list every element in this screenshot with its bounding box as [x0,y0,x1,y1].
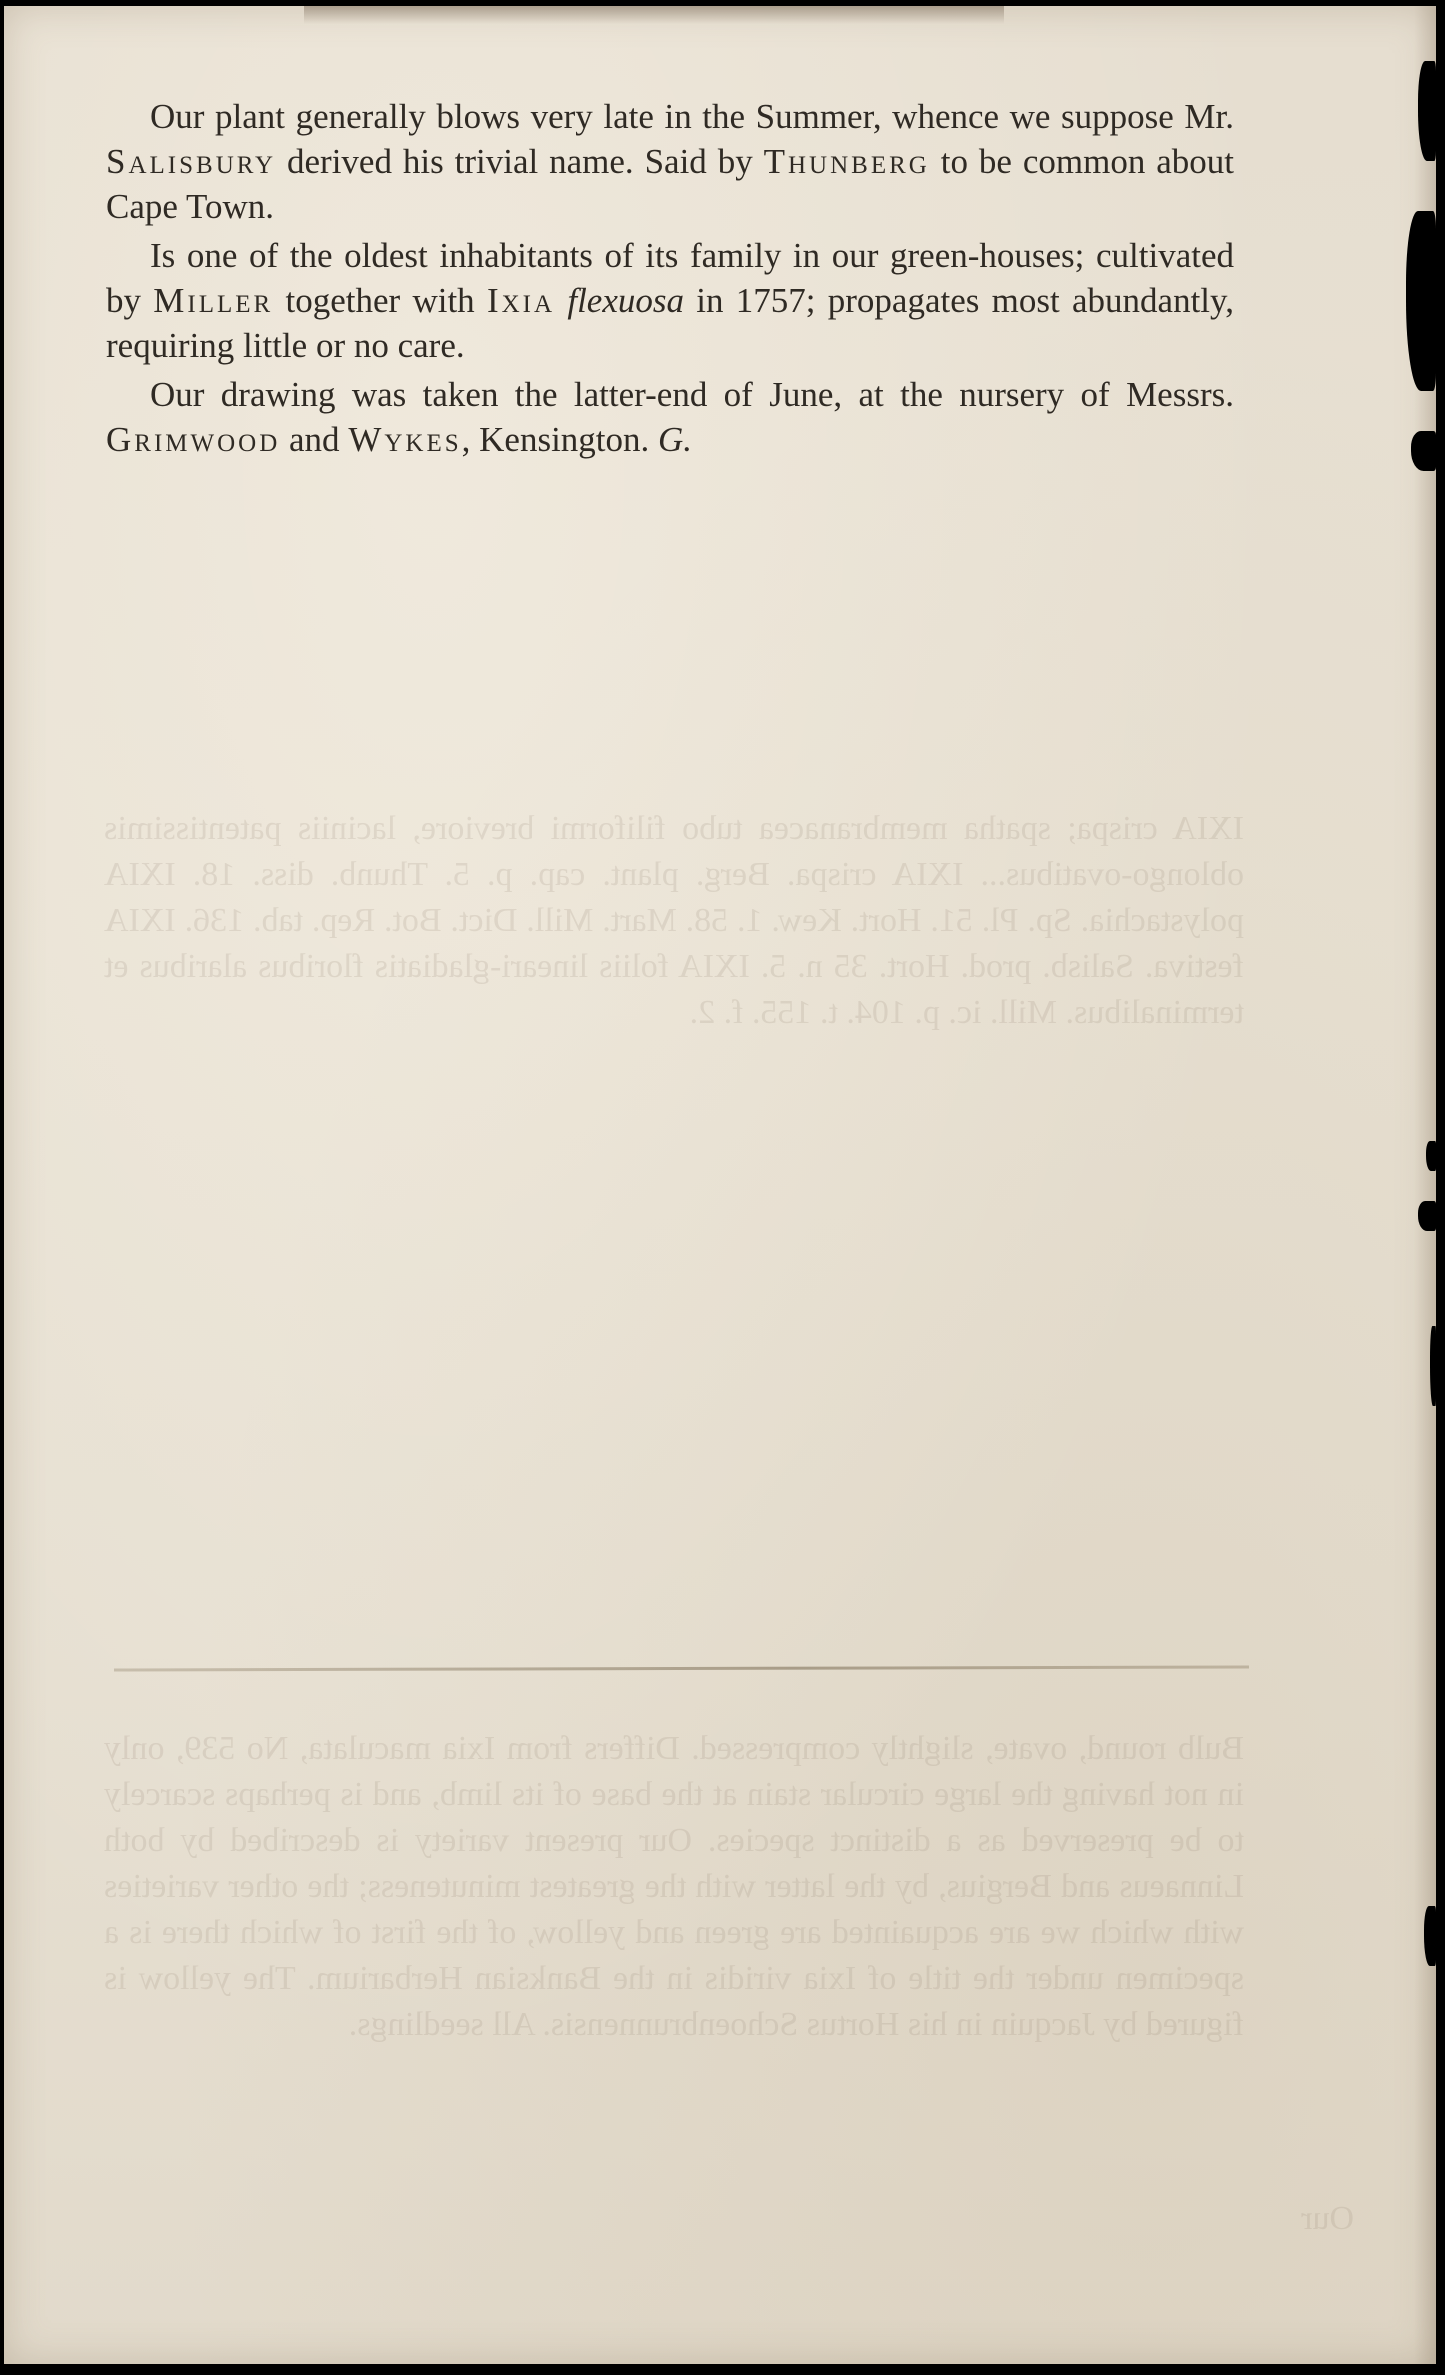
edge-tear [1418,61,1436,161]
proper-name: Wykes [348,420,461,459]
text-run: , Kensington. [462,420,658,459]
edge-tear [1406,211,1436,391]
proper-name: Salisbury [106,142,276,181]
edge-tear [1418,1201,1436,1231]
edge-tear [1426,1141,1436,1171]
text-run: derived his trivial name. Said by [276,142,764,181]
proper-name: Ixia [487,281,555,320]
paragraph: Our drawing was taken the latter-end of … [106,372,1234,462]
show-through-upper: IXIA crispa; spatha membranacea tubo fil… [104,806,1244,1036]
text-run: Our drawing was taken the latter-end of … [150,375,1234,414]
italic-text: G. [658,420,692,459]
italic-text: flexuosa [567,281,684,320]
text-run [555,281,567,320]
paragraph: Our plant generally blows very late in t… [106,94,1234,229]
proper-name: Miller [153,281,273,320]
proper-name: Grimwood [106,420,280,459]
body-text: Our plant generally blows very late in t… [106,94,1234,466]
top-edge-stain [304,6,1004,24]
scanned-page: IXIA crispa; spatha membranacea tubo fil… [4,6,1436,2364]
show-through-catchword: Our [1234,2196,1354,2242]
text-run: and [280,420,348,459]
paragraph: Is one of the oldest inhabitants of its … [106,233,1234,368]
edge-tear [1411,431,1436,471]
text-run: together with [273,281,487,320]
show-through-rule [114,1666,1249,1672]
text-run: Our plant generally blows very late in t… [150,97,1234,136]
show-through-lower: Bulb round, ovate, slightly compressed. … [104,1726,1244,2048]
edge-tear [1430,1326,1436,1406]
edge-tear [1424,1906,1436,1966]
proper-name: Thunberg [764,142,930,181]
